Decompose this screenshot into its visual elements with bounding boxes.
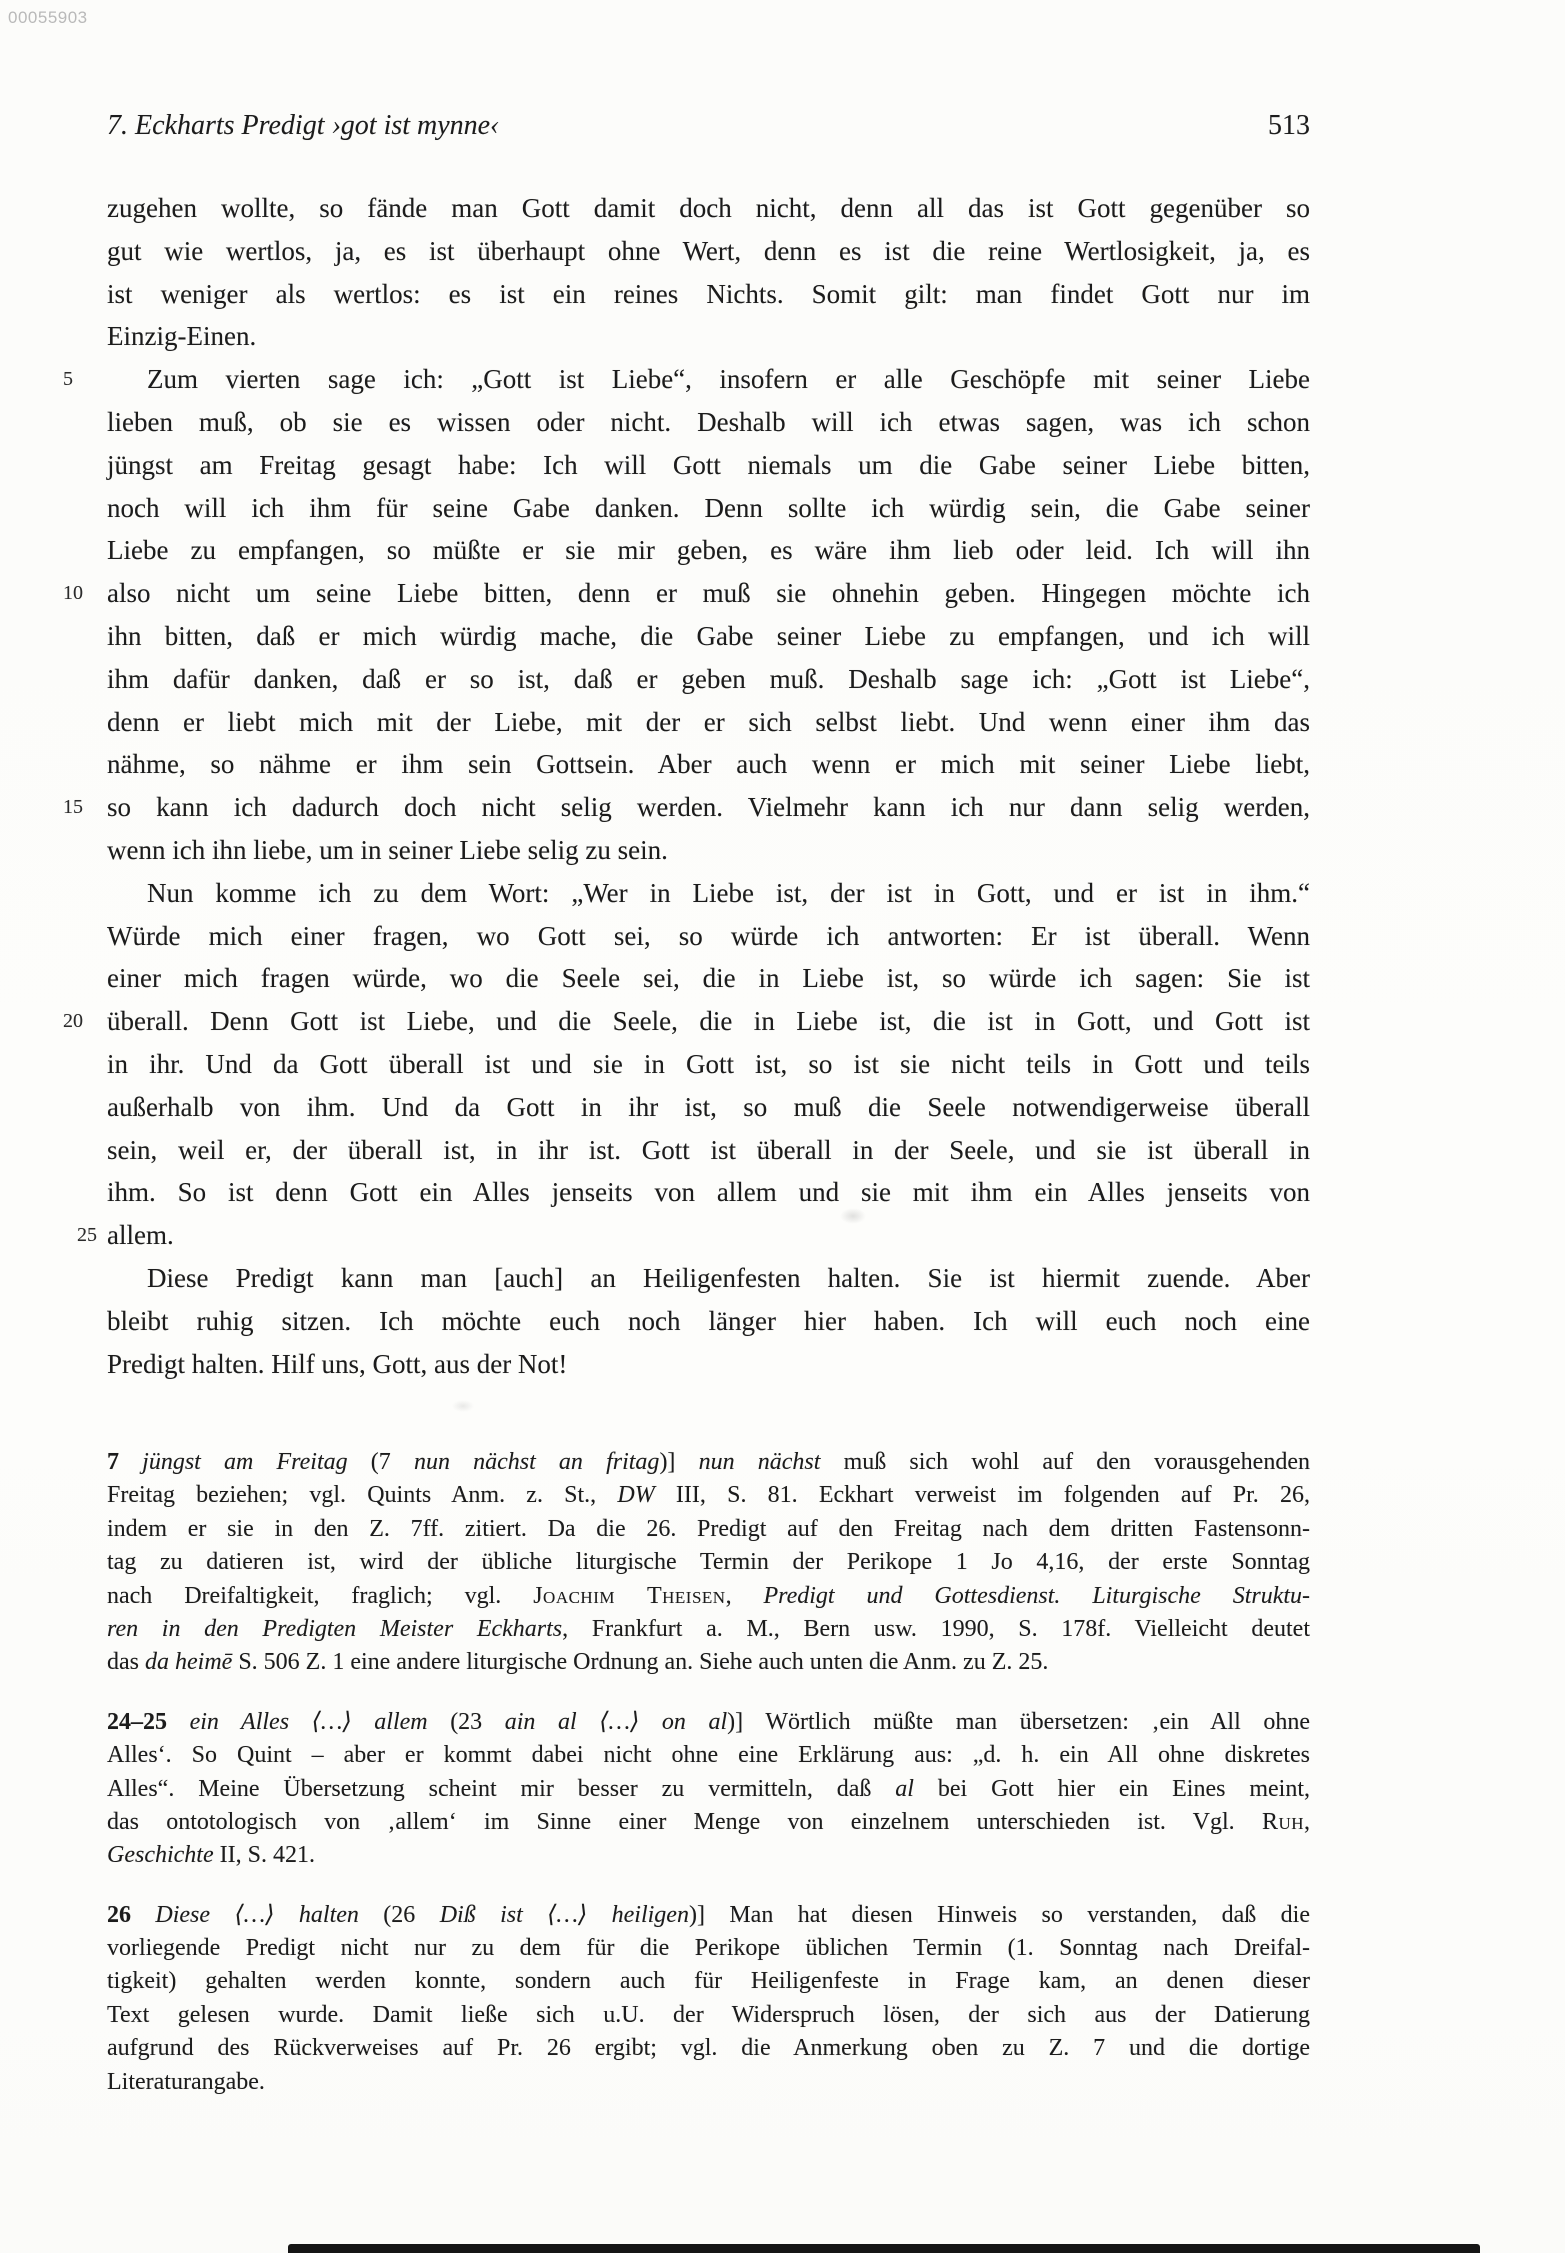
body-line-text: Zum vierten sage ich: „Gott ist Liebe“, … <box>147 364 1310 394</box>
footnote-text-segment: , Frankfurt a. M., Bern usw. 1990, S. 17… <box>562 1616 1310 1642</box>
footnote-text-segment: aufgrund des Rückverweises auf Pr. 26 er… <box>107 2035 1310 2061</box>
footnote-text-segment: Literaturangabe. <box>107 2069 265 2095</box>
footnote-line: tag zu datieren ist, wird der übliche li… <box>107 1546 1310 1579</box>
footnote-text-segment: 24–25 <box>107 1709 167 1735</box>
body-line-text: Einzig-Einen. <box>107 321 256 351</box>
body-line-text: in ihr. Und da Gott überall ist und sie … <box>107 1049 1310 1079</box>
footnote-text-segment: Alles“. Meine Übersetzung scheint mir be… <box>107 1776 895 1802</box>
body-line: jüngst am Freitag gesagt habe: Ich will … <box>107 444 1310 487</box>
margin-line-number: 20 <box>63 1011 97 1031</box>
footnote-text-segment: bei Gott hier ein Eines meint, <box>914 1776 1310 1802</box>
footnote-line: tigkeit) gehalten werden konnte, sondern… <box>107 1965 1310 1998</box>
body-line-text: ist weniger als wertlos: es ist ein rein… <box>107 279 1310 309</box>
footnote-text-segment: das <box>107 1649 145 1675</box>
footnote-text-segment: ein Alles ⟨…⟩ allem <box>190 1709 428 1735</box>
body-line: ihn bitten, daß er mich würdig mache, di… <box>107 615 1310 658</box>
footnote: 24–25 ein Alles ⟨…⟩ allem (23 ain al ⟨…⟩… <box>107 1706 1310 1873</box>
footnote-text-segment: Geschichte <box>107 1842 214 1868</box>
footnote-text-segment: vorliegende Predigt nicht nur zu dem für… <box>107 1935 1310 1961</box>
footnote-line: ren in den Predigten Meister Eckharts, F… <box>107 1613 1310 1646</box>
body-line: wenn ich ihn liebe, um in seiner Liebe s… <box>107 829 1310 872</box>
body-line: denn er liebt mich mit der Liebe, mit de… <box>107 701 1310 744</box>
footnote-text-segment: II, S. 421. <box>214 1842 315 1868</box>
footnote-text-segment: Diß ist ⟨…⟩ heiligen <box>440 1902 689 1928</box>
footnote-text-segment: Freitag beziehen; vgl. Quints Anm. z. St… <box>107 1482 617 1508</box>
body-line-text: überall. Denn Gott ist Liebe, und die Se… <box>107 1006 1310 1036</box>
body-line-text: gut wie wertlos, ja, es ist überhaupt oh… <box>107 236 1310 266</box>
footnote-line: 26 Diese ⟨…⟩ halten (26 Diß ist ⟨…⟩ heil… <box>107 1899 1310 1932</box>
footnote-text-segment: )] Man hat diesen Hinweis so verstanden,… <box>689 1902 1310 1928</box>
margin-line-number: 5 <box>63 369 97 389</box>
scanned-book-page: 00055903 7. Eckharts Predigt ›got ist my… <box>0 0 1565 2253</box>
footnote-line: Freitag beziehen; vgl. Quints Anm. z. St… <box>107 1479 1310 1512</box>
footnote-text-segment: S. 506 Z. 1 eine andere liturgische Ordn… <box>232 1649 1048 1675</box>
body-line-text: zugehen wollte, so fände man Gott damit … <box>107 193 1310 223</box>
body-line-text: bleibt ruhig sitzen. Ich möchte euch noc… <box>107 1306 1310 1336</box>
footnote-line: aufgrund des Rückverweises auf Pr. 26 er… <box>107 2032 1310 2065</box>
body-line: 5Zum vierten sage ich: „Gott ist Liebe“,… <box>107 358 1310 401</box>
body-line-text: Nun komme ich zu dem Wort: „Wer in Liebe… <box>147 878 1310 908</box>
footnote-text-segment <box>167 1709 190 1735</box>
body-line: ihm dafür danken, daß er so ist, daß er … <box>107 658 1310 701</box>
body-line: ist weniger als wertlos: es ist ein rein… <box>107 273 1310 316</box>
footnote-line: das ontotologisch von ‚allem‘ im Sinne e… <box>107 1806 1310 1839</box>
margin-line-number: 15 <box>63 797 97 817</box>
body-line: Liebe zu empfangen, so müßte er sie mir … <box>107 529 1310 572</box>
body-line-text: ihn bitten, daß er mich würdig mache, di… <box>107 621 1310 651</box>
footnote-text-segment: )] <box>727 1709 765 1735</box>
body-line: zugehen wollte, so fände man Gott damit … <box>107 187 1310 230</box>
body-line-text: wenn ich ihn liebe, um in seiner Liebe s… <box>107 835 668 865</box>
footnote-line: vorliegende Predigt nicht nur zu dem für… <box>107 1932 1310 1965</box>
body-line: noch will ich ihm für seine Gabe danken.… <box>107 487 1310 530</box>
body-line-text: noch will ich ihm für seine Gabe danken.… <box>107 493 1310 523</box>
footnote-text-segment: , <box>1304 1809 1310 1835</box>
body-line: Nun komme ich zu dem Wort: „Wer in Liebe… <box>107 872 1310 915</box>
body-line-text: Liebe zu empfangen, so müßte er sie mir … <box>107 535 1310 565</box>
footnote-text-segment: jüngst am Freitag <box>142 1449 347 1475</box>
footnote-line: 24–25 ein Alles ⟨…⟩ allem (23 ain al ⟨…⟩… <box>107 1706 1310 1739</box>
footnote-line: Alles“. Meine Übersetzung scheint mir be… <box>107 1773 1310 1806</box>
footnote-text-segment: muß sich wohl auf den vorausgehenden <box>820 1449 1310 1475</box>
footnote-text-segment: Predigt und Gottesdienst. Liturgische St… <box>764 1583 1311 1609</box>
body-line-text: jüngst am Freitag gesagt habe: Ich will … <box>107 450 1310 480</box>
body-line-text: Würde mich einer fragen, wo Gott sei, so… <box>107 921 1310 951</box>
body-line-text: ihm. So ist denn Gott ein Alles jenseits… <box>107 1177 1310 1207</box>
running-title: 7. Eckharts Predigt ›got ist mynne‹ <box>107 110 499 142</box>
footnote-text-segment: indem er sie in den Z. 7ff. zitiert. Da … <box>107 1516 1310 1542</box>
footnote-text-segment: ain al ⟨…⟩ on al <box>505 1709 727 1735</box>
footnote-line: nach Dreifaltigkeit, fraglich; vgl. Joac… <box>107 1580 1310 1613</box>
body-line: sein, weil er, der überall ist, in ihr i… <box>107 1129 1310 1172</box>
footnote-text-segment: 7 <box>107 1449 119 1475</box>
footnote-text-segment: Diese ⟨…⟩ halten <box>155 1902 359 1928</box>
footnote-text-segment: (26 <box>359 1902 440 1928</box>
body-line: Diese Predigt kann man [auch] an Heilige… <box>107 1257 1310 1300</box>
body-line: einer mich fragen würde, wo die Seele se… <box>107 957 1310 1000</box>
scan-smudge <box>840 1208 866 1224</box>
footnote-text-segment: Joachim Theisen <box>533 1583 725 1609</box>
footnote-line: indem er sie in den Z. 7ff. zitiert. Da … <box>107 1513 1310 1546</box>
footnote-line: Geschichte II, S. 421. <box>107 1839 1310 1872</box>
footnote-text-segment: Alles‘. So Quint – aber er kommt dabei n… <box>107 1742 1310 1768</box>
body-line: 15so kann ich dadurch doch nicht selig w… <box>107 786 1310 829</box>
body-line-text: Diese Predigt kann man [auch] an Heilige… <box>147 1263 1310 1293</box>
footnote-line: das da heimē S. 506 Z. 1 eine andere lit… <box>107 1646 1310 1679</box>
margin-line-number: 10 <box>63 583 97 603</box>
body-line-text: außerhalb von ihm. Und da Gott in ihr is… <box>107 1092 1310 1122</box>
footnote-text-segment: tag zu datieren ist, wird der übliche li… <box>107 1549 1310 1575</box>
body-line: gut wie wertlos, ja, es ist überhaupt oh… <box>107 230 1310 273</box>
footnote-line: Literaturangabe. <box>107 2066 1310 2099</box>
body-text: zugehen wollte, so fände man Gott damit … <box>107 187 1310 1385</box>
running-head: 7. Eckharts Predigt ›got ist mynne‹ 513 <box>107 110 1310 152</box>
body-line: außerhalb von ihm. Und da Gott in ihr is… <box>107 1086 1310 1129</box>
footnote-line: Alles‘. So Quint – aber er kommt dabei n… <box>107 1739 1310 1772</box>
scan-smudge <box>452 1400 474 1412</box>
body-line-text: allem. <box>107 1220 174 1250</box>
body-line-text: so kann ich dadurch doch nicht selig wer… <box>107 792 1310 822</box>
body-line: lieben muß, ob sie es wissen oder nicht.… <box>107 401 1310 444</box>
footnote: 7 jüngst am Freitag (7 nun nächst an fri… <box>107 1446 1310 1680</box>
footnote-text-segment <box>119 1449 142 1475</box>
body-line: nähme, so nähme er ihm sein Gottsein. Ab… <box>107 743 1310 786</box>
footnote-text-segment: al <box>895 1776 914 1802</box>
footnote-line: 7 jüngst am Freitag (7 nun nächst an fri… <box>107 1446 1310 1479</box>
body-line: Würde mich einer fragen, wo Gott sei, so… <box>107 915 1310 958</box>
body-line: ihm. So ist denn Gott ein Alles jenseits… <box>107 1171 1310 1214</box>
body-line: Einzig-Einen. <box>107 315 1310 358</box>
footnote-text-segment: ren in den Predigten Meister Eckharts <box>107 1616 562 1642</box>
footnote-text-segment: tigkeit) gehalten werden konnte, sondern… <box>107 1968 1310 1994</box>
footnote-text-segment: )] <box>659 1449 698 1475</box>
footnote-text-segment <box>131 1902 155 1928</box>
body-line-text: lieben muß, ob sie es wissen oder nicht.… <box>107 407 1310 437</box>
body-line: 25allem. <box>107 1214 1310 1257</box>
footnote-text-segment: nun nächst an fritag <box>414 1449 660 1475</box>
body-line-text: sein, weil er, der überall ist, in ihr i… <box>107 1135 1310 1165</box>
footnote-text-segment: III, S. 81. Eckhart verweist im folgende… <box>655 1482 1310 1508</box>
body-line-text: nähme, so nähme er ihm sein Gottsein. Ab… <box>107 749 1310 779</box>
footnote-text-segment: DW <box>617 1482 654 1508</box>
scan-watermark: 00055903 <box>8 8 88 28</box>
body-line: 10also nicht um seine Liebe bitten, denn… <box>107 572 1310 615</box>
scan-edge-artifact <box>288 2244 1480 2253</box>
footnote-text-segment: 26 <box>107 1902 131 1928</box>
body-line: bleibt ruhig sitzen. Ich möchte euch noc… <box>107 1300 1310 1343</box>
footnote: 26 Diese ⟨…⟩ halten (26 Diß ist ⟨…⟩ heil… <box>107 1899 1310 2099</box>
footnote-line: Text gelesen wurde. Damit ließe sich u.U… <box>107 1999 1310 2032</box>
footnote-text-segment: , <box>726 1583 764 1609</box>
footnote-text-segment: nun nächst <box>699 1449 821 1475</box>
body-line: in ihr. Und da Gott überall ist und sie … <box>107 1043 1310 1086</box>
body-line-text: Predigt halten. Hilf uns, Gott, aus der … <box>107 1349 567 1379</box>
footnote-text-segment: (23 <box>428 1709 505 1735</box>
margin-line-number: 25 <box>63 1225 97 1245</box>
footnote-text-segment: Ruh <box>1262 1809 1304 1835</box>
page-number: 513 <box>1268 110 1310 142</box>
body-line-text: also nicht um seine Liebe bitten, denn e… <box>107 578 1310 608</box>
footnote-text-segment: Wörtlich müßte man übersetzen: ‚ein All … <box>765 1709 1310 1735</box>
footnote-text-segment: Text gelesen wurde. Damit ließe sich u.U… <box>107 2002 1310 2028</box>
footnotes: 7 jüngst am Freitag (7 nun nächst an fri… <box>107 1446 1310 2125</box>
footnote-text-segment: (7 <box>348 1449 414 1475</box>
body-line-text: denn er liebt mich mit der Liebe, mit de… <box>107 707 1310 737</box>
body-line-text: einer mich fragen würde, wo die Seele se… <box>107 963 1310 993</box>
footnote-text-segment: nach Dreifaltigkeit, fraglich; vgl. <box>107 1583 533 1609</box>
body-line: Predigt halten. Hilf uns, Gott, aus der … <box>107 1343 1310 1386</box>
footnote-text-segment: da heimē <box>145 1649 232 1675</box>
footnote-text-segment: das ontotologisch von ‚allem‘ im Sinne e… <box>107 1809 1262 1835</box>
body-line-text: ihm dafür danken, daß er so ist, daß er … <box>107 664 1310 694</box>
body-line: 20überall. Denn Gott ist Liebe, und die … <box>107 1000 1310 1043</box>
